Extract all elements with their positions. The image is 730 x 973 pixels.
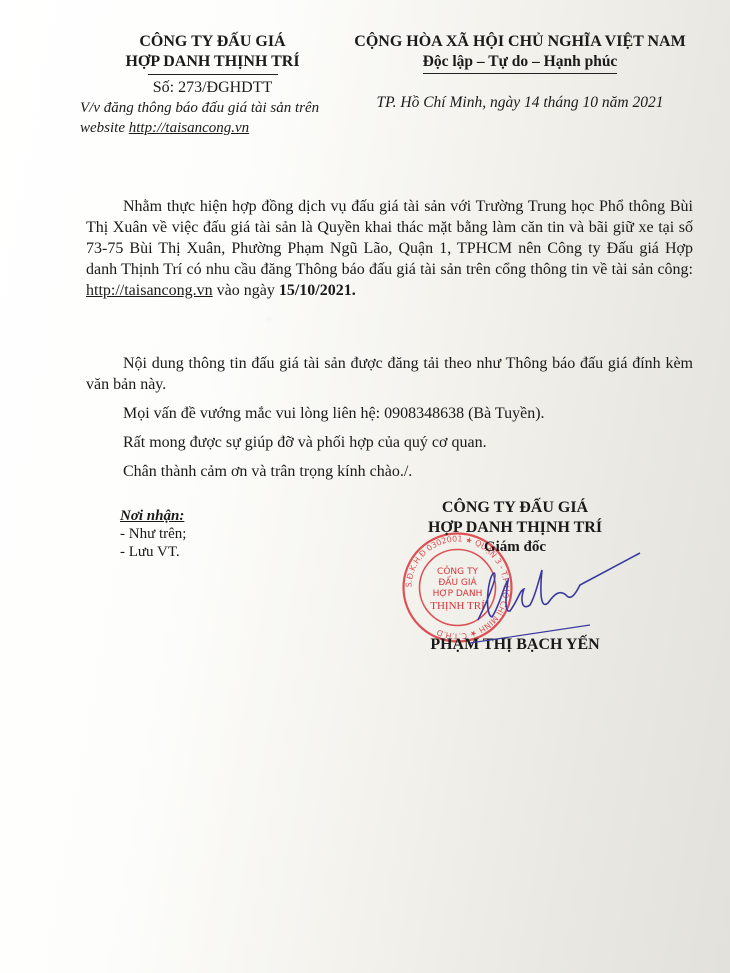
issuer-company-line1: CÔNG TY ĐẤU GIÁ	[90, 32, 335, 52]
posting-date: 15/10/2021.	[279, 282, 356, 299]
nation-title: CỘNG HÒA XÃ HỘI CHỦ NGHĨA VIỆT NAM	[330, 32, 710, 52]
issuer-header: CÔNG TY ĐẤU GIÁ HỢP DANH THỊNH TRÍ Số: 2…	[90, 32, 335, 98]
portal-link[interactable]: http://taisancong.vn	[86, 282, 213, 299]
redacted-line: .	[86, 305, 693, 327]
recipient-item: - Lưu VT.	[120, 543, 186, 561]
place-date: TP. Hồ Chí Minh, ngày 14 tháng 10 năm 20…	[330, 94, 710, 112]
issuer-company-line2: HỢP DANH THỊNH TRÍ	[90, 52, 335, 72]
document-page: CÔNG TY ĐẤU GIÁ HỢP DANH THỊNH TRÍ Số: 2…	[0, 0, 730, 973]
handwritten-signature	[470, 545, 645, 645]
paragraph-1-text: Nhằm thực hiện hợp đồng dịch vụ đấu giá …	[86, 198, 693, 278]
subject-prefix: website	[80, 120, 129, 136]
paragraph-2: Nội dung thông tin đấu giá tài sản được …	[86, 353, 693, 395]
paragraph-5: Chân thành cảm ơn và trân trọng kính chà…	[86, 461, 693, 482]
recipients-label: Nơi nhận:	[120, 507, 186, 525]
signer-company-line1: CÔNG TY ĐẤU GIÁ	[395, 498, 635, 518]
paragraph-1: Nhằm thực hiện hợp đồng dịch vụ đấu giá …	[86, 196, 693, 301]
subject-line: V/v đăng thông báo đấu giá tài sản trên …	[80, 98, 319, 138]
nation-motto: Độc lập – Tự do – Hạnh phúc	[423, 52, 618, 74]
document-number: Số: 273/ĐGHDTT	[90, 78, 335, 98]
recipients-block: Nơi nhận: - Như trên; - Lưu VT.	[120, 507, 186, 561]
letter-body: Nhằm thực hiện hợp đồng dịch vụ đấu giá …	[86, 196, 693, 482]
paragraph-1-mid: vào ngày	[213, 282, 279, 299]
subject-text: V/v đăng thông báo đấu giá tài sản trên	[80, 98, 319, 118]
signer-company-line2: HỢP DANH THỊNH TRÍ	[395, 518, 635, 538]
recipient-item: - Như trên;	[120, 525, 186, 543]
paragraph-4: Rất mong được sự giúp đỡ và phối hợp của…	[86, 432, 693, 453]
national-header: CỘNG HÒA XÃ HỘI CHỦ NGHĨA VIỆT NAM Độc l…	[330, 32, 710, 112]
header-divider	[148, 74, 278, 75]
paragraph-3: Mọi vấn đề vướng mắc vui lòng liên hệ: 0…	[86, 403, 693, 424]
subject-link[interactable]: http://taisancong.vn	[129, 120, 249, 136]
redacted-line	[86, 329, 693, 351]
